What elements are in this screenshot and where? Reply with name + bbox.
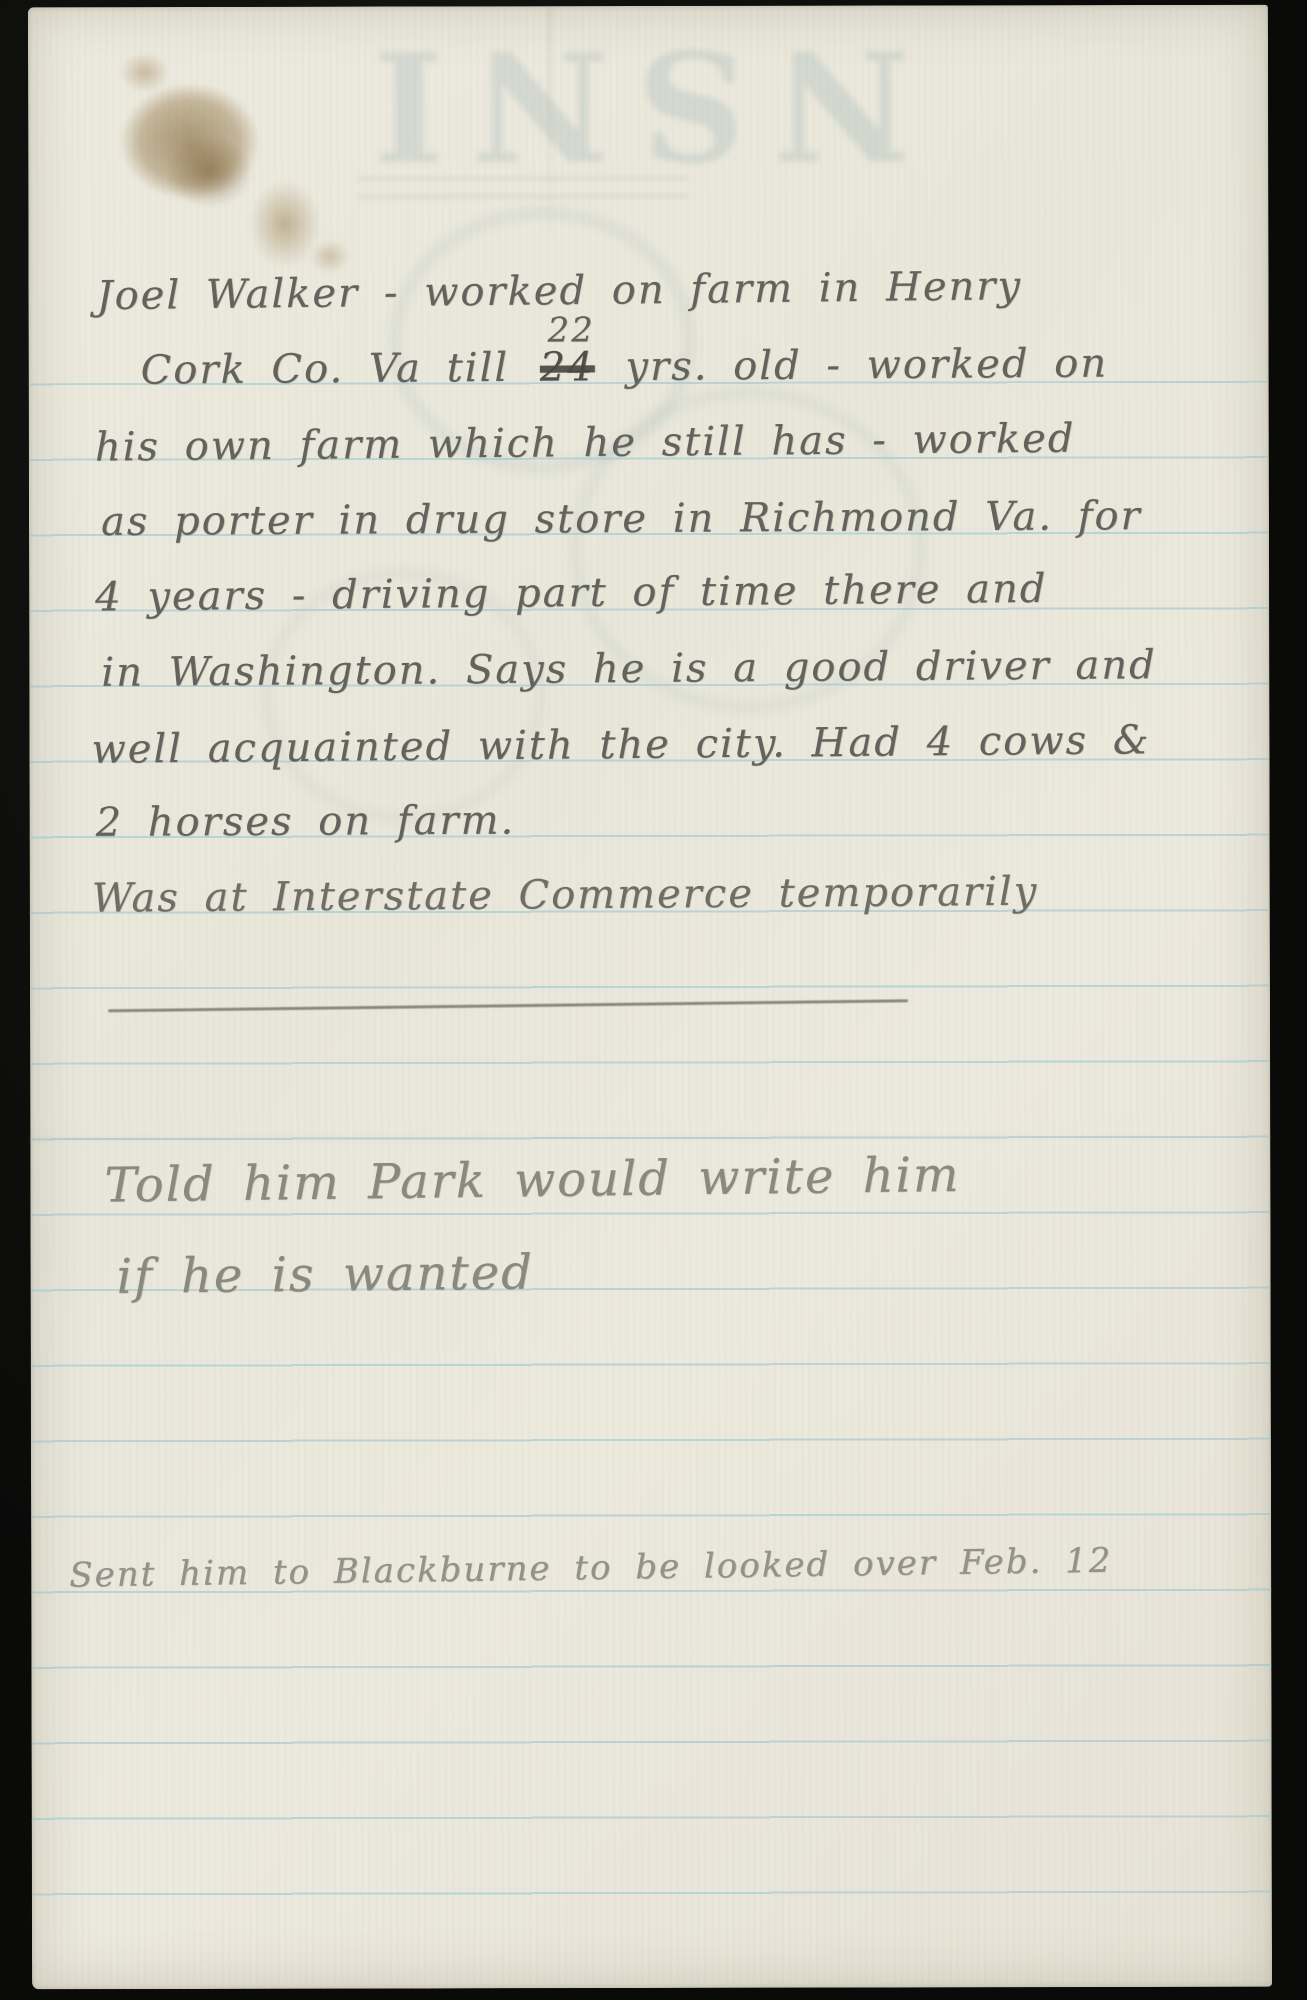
notebook-paper: NSNI Joel Walker - worked on farm in Hen… bbox=[28, 5, 1272, 1990]
handwritten-line-7: well acquainted with the city. Had 4 cow… bbox=[91, 717, 1150, 773]
ink-stain bbox=[83, 45, 363, 276]
letterhead-bleedthrough-text: NSNI bbox=[178, 15, 1078, 193]
handwritten-line-10: Told him Park would write him bbox=[104, 1147, 961, 1214]
letterhead-bleedthrough-ornament bbox=[569, 385, 928, 714]
letterhead-bleedthrough-rule bbox=[358, 176, 688, 199]
paper-crease bbox=[30, 1135, 1270, 1141]
handwritten-line-11: if he is wanted bbox=[116, 1244, 534, 1305]
handwritten-line-9-underlined: Was at Interstate Commerce temporarily bbox=[92, 869, 1039, 922]
scanned-page-background: NSNI Joel Walker - worked on farm in Hen… bbox=[0, 0, 1307, 2000]
handwritten-line-12: Sent him to Blackburne to be looked over… bbox=[69, 1541, 1113, 1596]
letterhead-bleedthrough-ornament bbox=[259, 566, 548, 825]
paper-crease bbox=[548, 6, 552, 266]
emphasis-underline bbox=[108, 999, 908, 1012]
line-2-text-post: yrs. old - worked on bbox=[625, 341, 1108, 391]
